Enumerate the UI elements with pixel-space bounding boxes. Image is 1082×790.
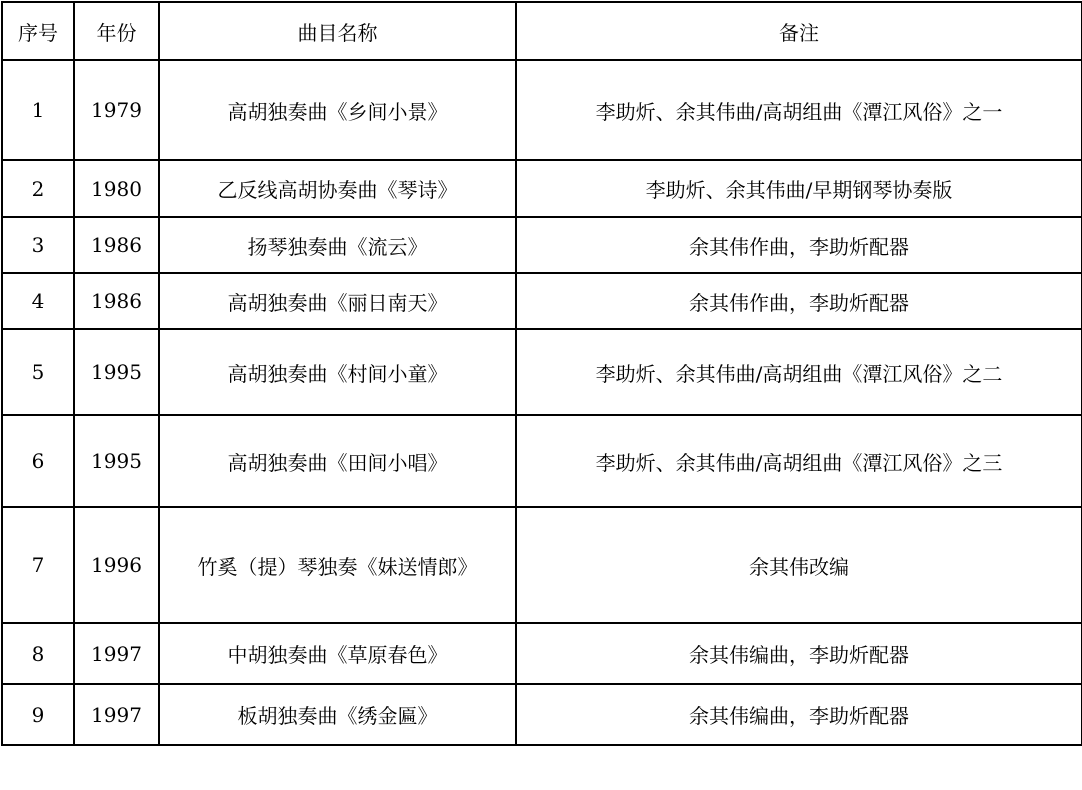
column-header-index: 序号 [2, 2, 74, 60]
cell-index: 9 [2, 684, 74, 745]
cell-note: 余其伟编曲，李助炘配器 [516, 684, 1082, 745]
cell-note: 李助炘、余其伟曲/高胡组曲《潭江风俗》之一 [516, 60, 1082, 160]
cell-note: 李助炘、余其伟曲/高胡组曲《潭江风俗》之二 [516, 329, 1082, 415]
cell-title: 竹奚（提）琴独奏《妹送情郎》 [159, 507, 516, 623]
cell-title: 中胡独奏曲《草原春色》 [159, 623, 516, 684]
cell-title: 扬琴独奏曲《流云》 [159, 217, 516, 273]
cell-note: 余其伟改编 [516, 507, 1082, 623]
table-row: 1 1979 高胡独奏曲《乡间小景》 李助炘、余其伟曲/高胡组曲《潭江风俗》之一 [2, 60, 1082, 160]
cell-title: 高胡独奏曲《田间小唱》 [159, 415, 516, 507]
cell-note: 余其伟作曲，李助炘配器 [516, 273, 1082, 329]
cell-year: 1997 [74, 623, 159, 684]
cell-title: 板胡独奏曲《绣金匾》 [159, 684, 516, 745]
table-row: 2 1980 乙反线高胡协奏曲《琴诗》 李助炘、余其伟曲/早期钢琴协奏版 [2, 160, 1082, 217]
cell-title: 乙反线高胡协奏曲《琴诗》 [159, 160, 516, 217]
table-row: 9 1997 板胡独奏曲《绣金匾》 余其伟编曲，李助炘配器 [2, 684, 1082, 745]
cell-index: 8 [2, 623, 74, 684]
cell-index: 1 [2, 60, 74, 160]
cell-year: 1980 [74, 160, 159, 217]
cell-year: 1986 [74, 273, 159, 329]
cell-index: 6 [2, 415, 74, 507]
repertoire-table: 序号 年份 曲目名称 备注 1 1979 高胡独奏曲《乡间小景》 李助炘、余其伟… [1, 1, 1082, 746]
cell-index: 3 [2, 217, 74, 273]
table-row: 3 1986 扬琴独奏曲《流云》 余其伟作曲，李助炘配器 [2, 217, 1082, 273]
table-row: 6 1995 高胡独奏曲《田间小唱》 李助炘、余其伟曲/高胡组曲《潭江风俗》之三 [2, 415, 1082, 507]
cell-title: 高胡独奏曲《丽日南天》 [159, 273, 516, 329]
table-row: 7 1996 竹奚（提）琴独奏《妹送情郎》 余其伟改编 [2, 507, 1082, 623]
cell-year: 1995 [74, 415, 159, 507]
column-header-title: 曲目名称 [159, 2, 516, 60]
column-header-year: 年份 [74, 2, 159, 60]
cell-title: 高胡独奏曲《乡间小景》 [159, 60, 516, 160]
header-row: 序号 年份 曲目名称 备注 [2, 2, 1082, 60]
cell-note: 李助炘、余其伟曲/高胡组曲《潭江风俗》之三 [516, 415, 1082, 507]
cell-title: 高胡独奏曲《村间小童》 [159, 329, 516, 415]
table-row: 5 1995 高胡独奏曲《村间小童》 李助炘、余其伟曲/高胡组曲《潭江风俗》之二 [2, 329, 1082, 415]
table-row: 8 1997 中胡独奏曲《草原春色》 余其伟编曲，李助炘配器 [2, 623, 1082, 684]
cell-note: 余其伟编曲，李助炘配器 [516, 623, 1082, 684]
cell-index: 5 [2, 329, 74, 415]
cell-year: 1997 [74, 684, 159, 745]
cell-note: 余其伟作曲，李助炘配器 [516, 217, 1082, 273]
cell-year: 1995 [74, 329, 159, 415]
column-header-note: 备注 [516, 2, 1082, 60]
cell-year: 1996 [74, 507, 159, 623]
cell-index: 2 [2, 160, 74, 217]
cell-index: 7 [2, 507, 74, 623]
table-row: 4 1986 高胡独奏曲《丽日南天》 余其伟作曲，李助炘配器 [2, 273, 1082, 329]
document-page: 序号 年份 曲目名称 备注 1 1979 高胡独奏曲《乡间小景》 李助炘、余其伟… [0, 0, 1082, 790]
cell-note: 李助炘、余其伟曲/早期钢琴协奏版 [516, 160, 1082, 217]
cell-index: 4 [2, 273, 74, 329]
cell-year: 1979 [74, 60, 159, 160]
cell-year: 1986 [74, 217, 159, 273]
